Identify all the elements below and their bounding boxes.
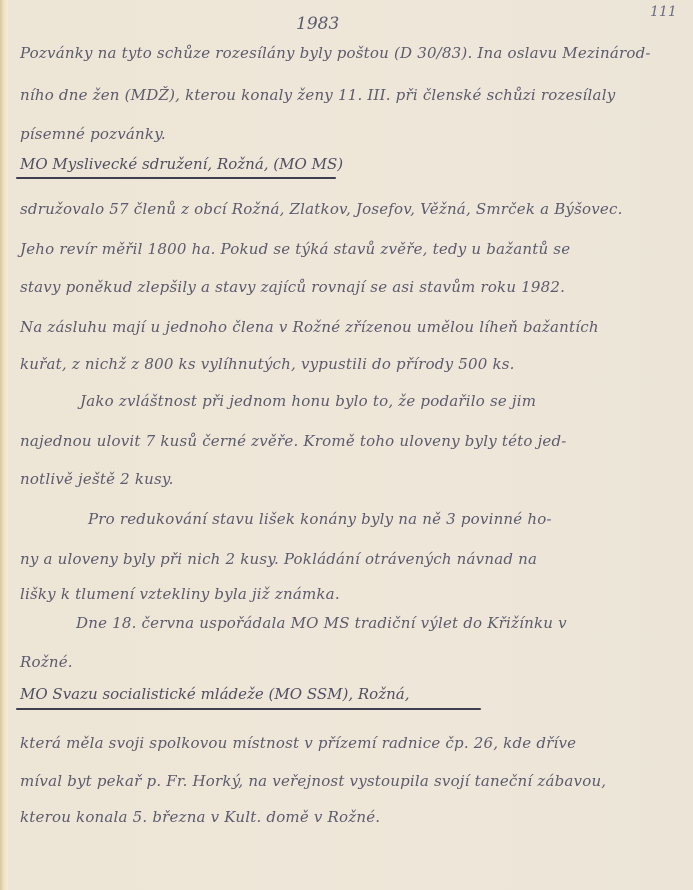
text-line: notlivě ještě 2 kusy. [20, 470, 174, 488]
page-year: 1983 [296, 14, 339, 34]
text-line: Pro redukování stavu lišek konány byly n… [88, 510, 552, 528]
text-line: která měla svoji spolkovou místnost v př… [20, 734, 576, 752]
text-line: Rožné. [20, 653, 73, 671]
text-line: lišky k tlumení vztekliny byla již známk… [20, 585, 340, 603]
heading-underline [16, 177, 336, 179]
page-number: 111 [650, 4, 677, 20]
text-line: kterou konala 5. března v Kult. domě v R… [20, 808, 380, 826]
page-binding-edge [0, 0, 8, 890]
text-line: písemné pozvánky. [20, 125, 166, 143]
text-line: Dne 18. června uspořádala MO MS tradiční… [76, 614, 567, 632]
section-heading-hunting-association: MO Myslivecké sdružení, Rožná, (MO MS) [20, 155, 343, 173]
text-line: ny a uloveny byly při nich 2 kusy. Poklá… [20, 550, 537, 568]
section-heading-socialist-youth: MO Svazu socialistické mládeže (MO SSM),… [20, 685, 409, 703]
text-line: Jeho revír měřil 1800 ha. Pokud se týká … [20, 240, 570, 258]
text-line: míval byt pekař p. Fr. Horký, na veřejno… [20, 772, 606, 790]
text-line: Jako zvláštnost při jednom honu bylo to,… [80, 392, 536, 410]
text-line: Na zásluhu mají u jednoho člena v Rožné … [20, 318, 599, 336]
text-line: najednou ulovit 7 kusů černé zvěře. Krom… [20, 432, 567, 450]
text-line: ního dne žen (MDŽ), kterou konaly ženy 1… [20, 86, 615, 104]
handwritten-page: 1983 111 Pozvánky na tyto schůze rozesíl… [0, 0, 693, 890]
heading-underline [16, 708, 481, 710]
text-line: sdružovalo 57 členů z obcí Rožná, Zlatko… [20, 200, 623, 218]
text-line: stavy poněkud zlepšily a stavy zajíců ro… [20, 278, 565, 296]
text-line: Pozvánky na tyto schůze rozesílány byly … [20, 44, 651, 62]
text-line: kuřat, z nichž z 800 ks vylíhnutých, vyp… [20, 355, 515, 373]
